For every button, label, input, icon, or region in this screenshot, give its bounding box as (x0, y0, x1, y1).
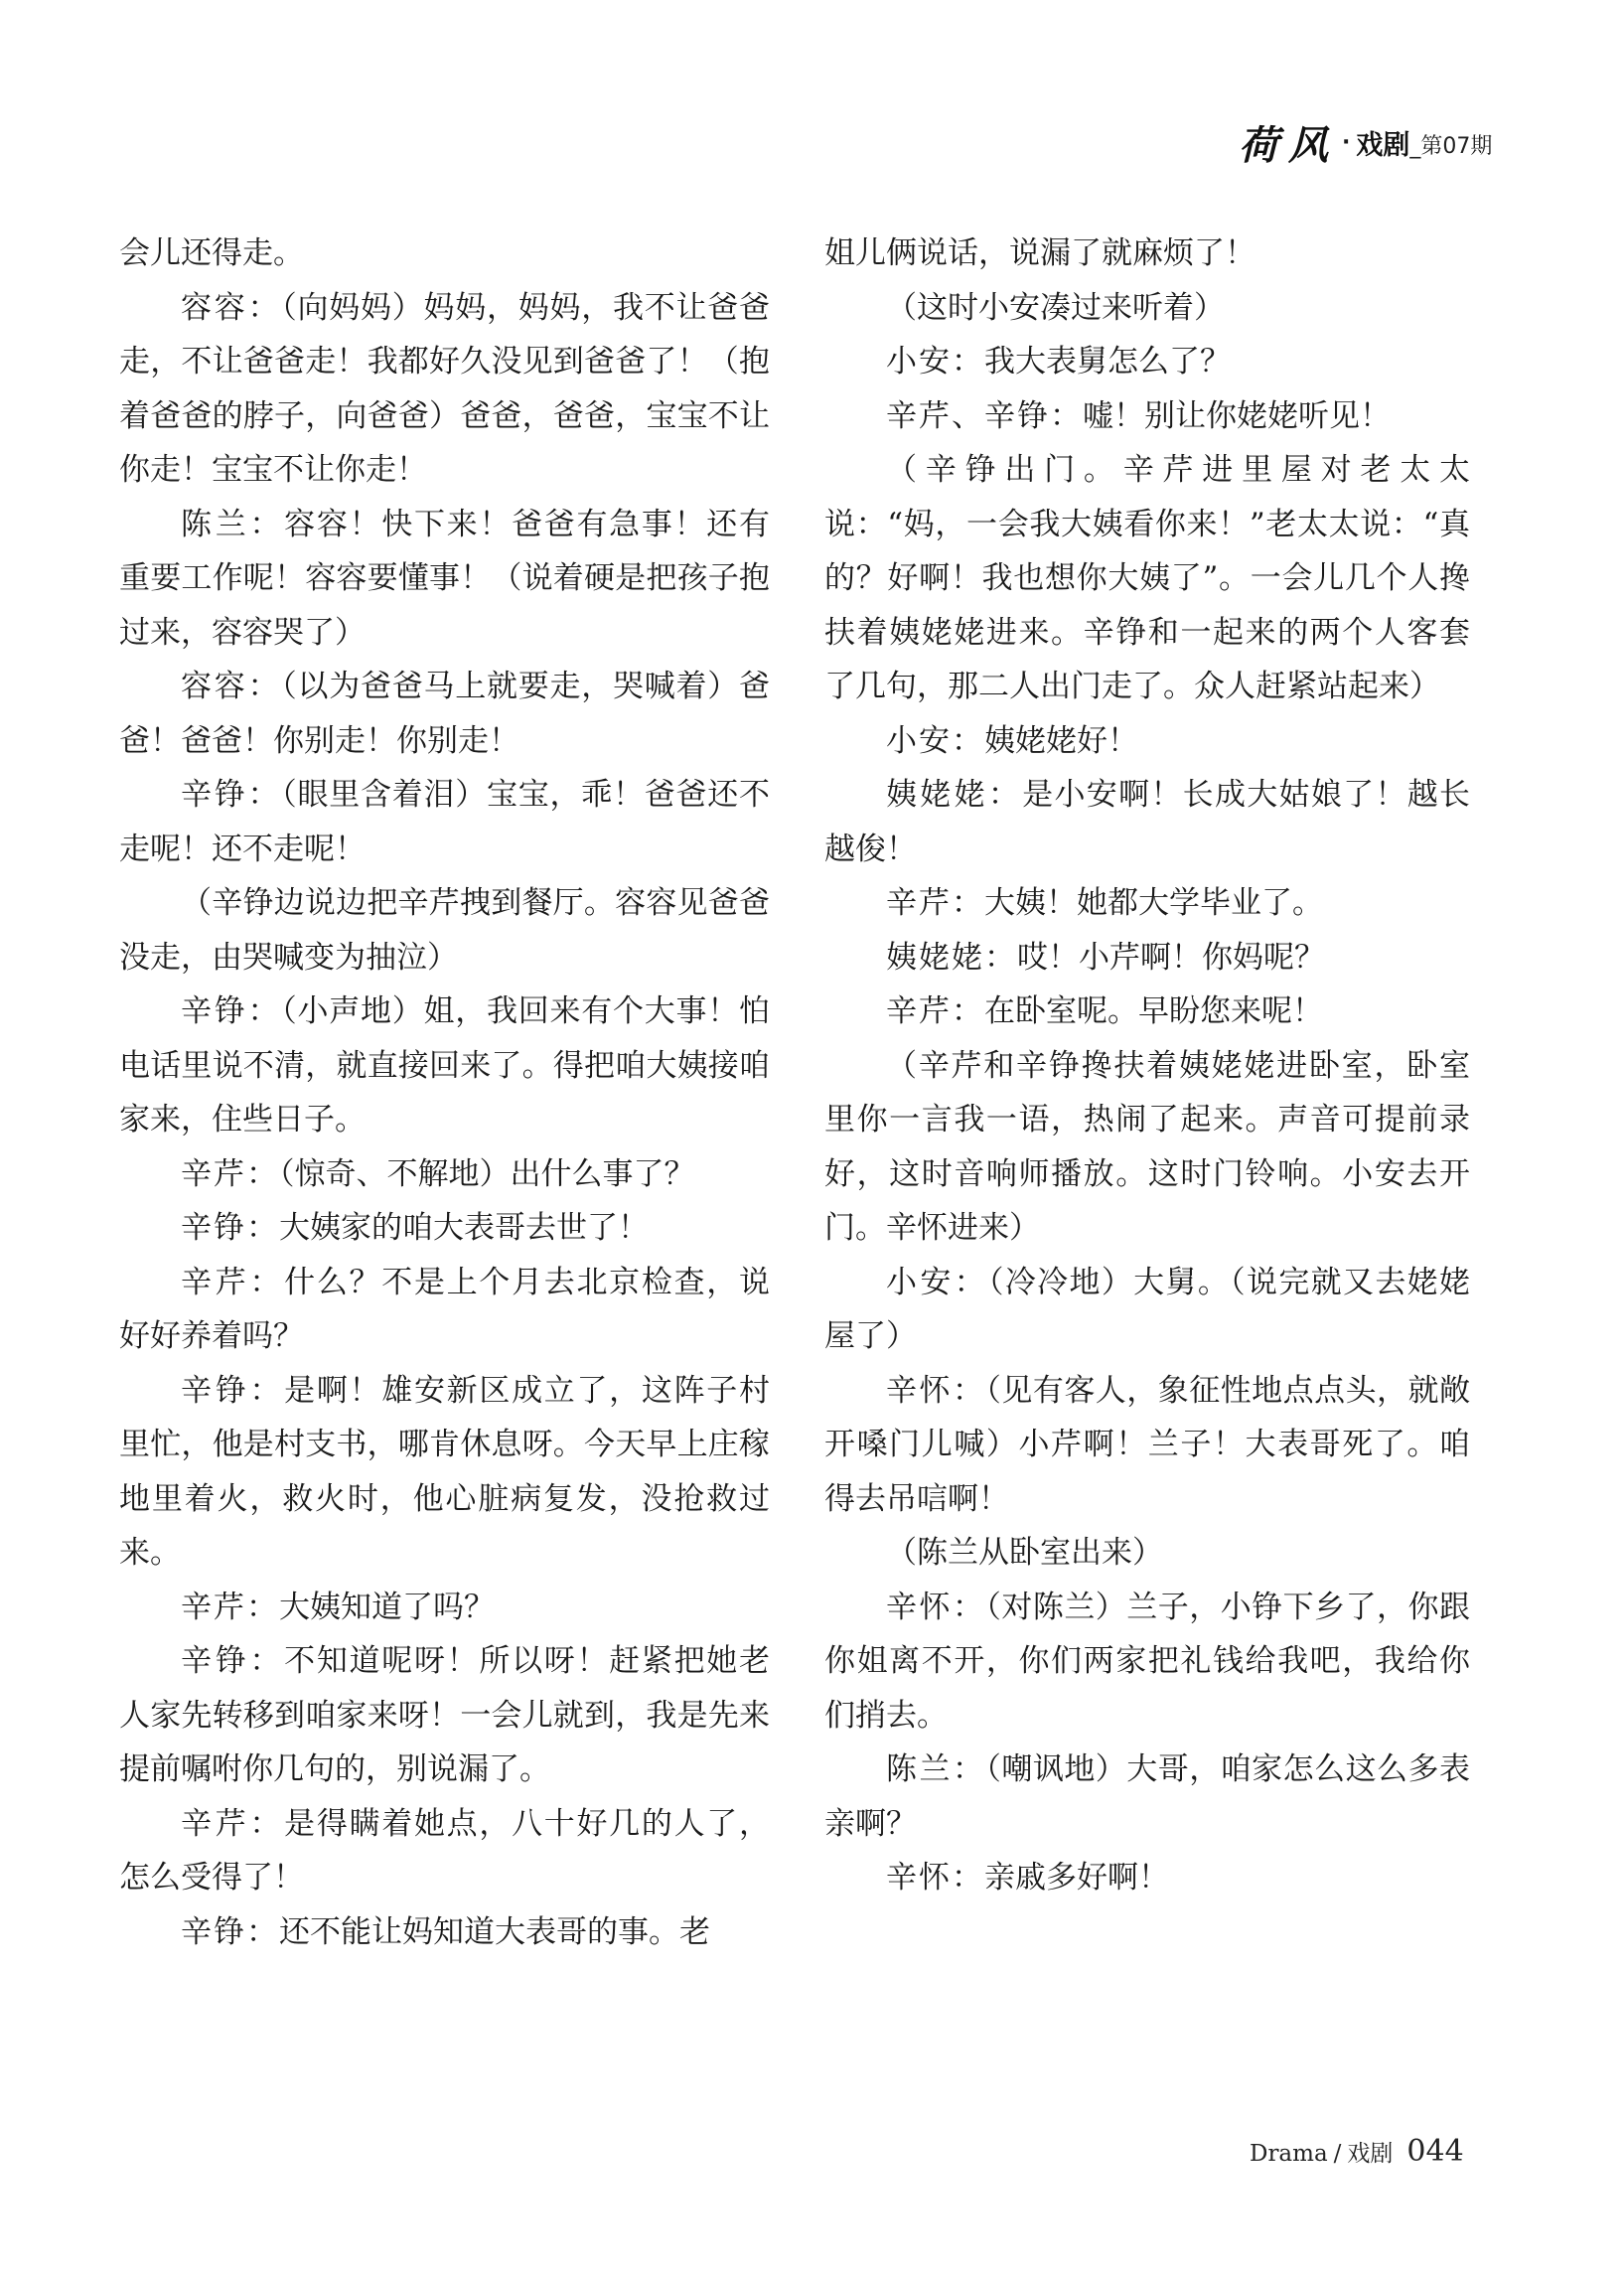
dialogue-line: 辛怀：亲戚多好啊！ (824, 1851, 1470, 1905)
dialogue-text: 在卧室呢。早盼您来呢！ (984, 993, 1323, 1029)
dialogue-line: 辛芹：（惊奇、不解地）出什么事了？ (119, 1147, 770, 1202)
dialogue-line: 辛铮：是啊！雄安新区成立了，这阵子村里忙，他是村支书，哪肯休息呀。今天早上庄稼地… (119, 1364, 770, 1581)
speaker-name: 容容： (181, 290, 281, 326)
speaker-name: 辛怀： (886, 1590, 985, 1625)
right-column: 姐儿俩说话，说漏了就麻烦了！ （这时小安凑过来听着） 小安：我大表舅怎么了？ 辛… (824, 227, 1470, 1905)
speaker-name: 辛芹： (181, 1265, 284, 1300)
paragraph: 会儿还得走。 (119, 227, 770, 281)
speaker-name: 辛铮： (181, 1210, 279, 1246)
dialogue-line: 小安：（冷冷地）大舅。（说完就又去姥姥屋了） (824, 1256, 1470, 1364)
dialogue-line: 辛铮：大姨家的咱大表哥去世了！ (119, 1201, 770, 1256)
footer-separator: / (1334, 2141, 1342, 2167)
speaker-name: 辛铮： (181, 1914, 279, 1950)
header-separator: · (1342, 130, 1350, 155)
page-number: 044 (1406, 2134, 1463, 2169)
dialogue-line: 辛怀：（见有客人，象征性地点点头，就敞开嗓门儿喊）小芹啊！兰子！大表哥死了。咱得… (824, 1364, 1470, 1527)
magazine-brand: 荷风 (1239, 114, 1338, 171)
speaker-name: 小安： (886, 1265, 988, 1300)
dialogue-line: 陈兰：（嘲讽地）大哥，咱家怎么这么多表亲啊？ (824, 1743, 1470, 1851)
dialogue-line: 辛芹：大姨！她都大学毕业了。 (824, 876, 1470, 931)
speaker-name: 辛铮： (181, 993, 281, 1029)
dialogue-line: 小安：姨姥姥好！ (824, 714, 1470, 769)
dialogue-text: 姨姥姥好！ (984, 723, 1138, 759)
left-column: 会儿还得走。 容容：（向妈妈）妈妈，妈妈，我不让爸爸走，不让爸爸走！我都好久没见… (119, 227, 770, 1959)
dialogue-text: 嘘！别让你姥姥听见！ (1083, 398, 1391, 434)
page-footer: Drama / 戏剧 044 (1250, 2134, 1464, 2169)
speaker-name: 辛芹： (181, 1156, 279, 1192)
speaker-name: 姨姥姥： (886, 940, 1017, 976)
dialogue-line: 陈兰：容容！快下来！爸爸有急事！还有重要工作呢！容容要懂事！（说着硬是把孩子抱过… (119, 498, 770, 661)
publication-name-zh: 戏剧 (1347, 2135, 1393, 2168)
issue-number: _第07期 (1409, 129, 1492, 160)
dialogue-line: 姨姥姥：是小安啊！长成大姑娘了！越长越俊！ (824, 768, 1470, 876)
stage-direction: （陈兰从卧室出来） (824, 1526, 1470, 1581)
dialogue-line: 辛芹：大姨知道了吗？ (119, 1581, 770, 1635)
dialogue-line: 小安：我大表舅怎么了？ (824, 335, 1470, 389)
paragraph: 姐儿俩说话，说漏了就麻烦了！ (824, 227, 1470, 281)
speaker-name: 辛芹、辛铮： (886, 398, 1083, 434)
speaker-name: 小安： (886, 344, 984, 379)
dialogue-line: 辛铮：还不能让妈知道大表哥的事。老 (119, 1905, 770, 1960)
dialogue-line: 辛芹：什么？不是上个月去北京检查，说好好养着吗？ (119, 1256, 770, 1364)
speaker-name: 姨姥姥： (886, 777, 1022, 813)
dialogue-line: 姨姥姥：哎！小芹啊！你妈呢？ (824, 931, 1470, 986)
dialogue-line: 容容：（以为爸爸马上就要走，哭喊着）爸爸！爸爸！你别走！你别走！ (119, 660, 770, 768)
speaker-name: 陈兰： (181, 507, 284, 542)
section-name: 戏剧 (1356, 123, 1409, 162)
stage-direction-text: （辛铮出门。辛芹进里屋对老太太说：“妈，一会我大姨看你来！”老太太说：“真的？好… (824, 452, 1470, 704)
speaker-name: 辛芹： (886, 993, 984, 1029)
publication-name-en: Drama (1250, 2141, 1328, 2167)
speaker-name: 辛芹： (181, 1806, 284, 1842)
speaker-name: 小安： (886, 723, 984, 759)
speaker-name: 容容： (181, 669, 281, 704)
speaker-name: 辛铮： (181, 777, 281, 813)
stage-direction-text: （辛铮边说边把辛芹拽到餐厅。容容见爸爸没走，由哭喊变为抽泣） (119, 885, 770, 976)
stage-direction-text: （辛芹和辛铮搀扶着姨姥姥进卧室，卧室里你一言我一语，热闹了起来。声音可提前录好，… (824, 1048, 1470, 1247)
dialogue-line: 辛芹：在卧室呢。早盼您来呢！ (824, 985, 1470, 1039)
paragraph-text: 姐儿俩说话，说漏了就麻烦了！ (824, 235, 1255, 271)
paragraph-text: 会儿还得走。 (119, 235, 304, 271)
stage-direction-text: （这时小安凑过来听着） (886, 290, 1225, 326)
dialogue-line: 容容：（向妈妈）妈妈，妈妈，我不让爸爸走，不让爸爸走！我都好久没见到爸爸了！（抱… (119, 281, 770, 498)
speaker-name: 辛怀： (886, 1373, 985, 1409)
dialogue-line: 辛怀：（对陈兰）兰子，小铮下乡了，你跟你姐离不开，你们两家把礼钱给我吧，我给你们… (824, 1581, 1470, 1744)
running-header: 荷风 · 戏剧 _第07期 (1239, 117, 1492, 167)
stage-direction: （辛铮出门。辛芹进里屋对老太太说：“妈，一会我大姨看你来！”老太太说：“真的？好… (824, 443, 1470, 714)
stage-direction-text: （陈兰从卧室出来） (886, 1535, 1163, 1571)
speaker-name: 辛怀： (886, 1860, 984, 1896)
speaker-name: 辛铮： (181, 1643, 284, 1679)
dialogue-text: 亲戚多好啊！ (984, 1860, 1169, 1896)
dialogue-line: 辛芹、辛铮：嘘！别让你姥姥听见！ (824, 389, 1470, 444)
dialogue-text: （惊奇、不解地）出什么事了？ (279, 1156, 695, 1192)
dialogue-line: 辛芹：是得瞒着她点，八十好几的人了，怎么受得了！ (119, 1797, 770, 1905)
speaker-name: 辛铮： (181, 1373, 284, 1409)
dialogue-line: 辛铮：（小声地）姐，我回来有个大事！怕电话里说不清，就直接回来了。得把咱大姨接咱… (119, 985, 770, 1147)
dialogue-text: 我大表舅怎么了？ (984, 344, 1231, 379)
speaker-name: 辛芹： (181, 1590, 279, 1625)
stage-direction: （辛铮边说边把辛芹拽到餐厅。容容见爸爸没走，由哭喊变为抽泣） (119, 876, 770, 985)
stage-direction: （这时小安凑过来听着） (824, 281, 1470, 336)
speaker-name: 陈兰： (886, 1751, 985, 1787)
dialogue-text: 还不能让妈知道大表哥的事。老 (279, 1914, 710, 1950)
dialogue-text: 大姨知道了吗？ (279, 1590, 495, 1625)
dialogue-text: 大姨！她都大学毕业了。 (984, 885, 1323, 921)
dialogue-line: 辛铮：不知道呢呀！所以呀！赶紧把她老人家先转移到咱家来呀！一会儿就到，我是先来提… (119, 1634, 770, 1797)
stage-direction: （辛芹和辛铮搀扶着姨姥姥进卧室，卧室里你一言我一语，热闹了起来。声音可提前录好，… (824, 1039, 1470, 1256)
speaker-name: 辛芹： (886, 885, 984, 921)
dialogue-text: 大姨家的咱大表哥去世了！ (279, 1210, 649, 1246)
dialogue-text: 哎！小芹啊！你妈呢？ (1017, 940, 1325, 976)
dialogue-line: 辛铮：（眼里含着泪）宝宝，乖！爸爸还不走呢！还不走呢！ (119, 768, 770, 876)
